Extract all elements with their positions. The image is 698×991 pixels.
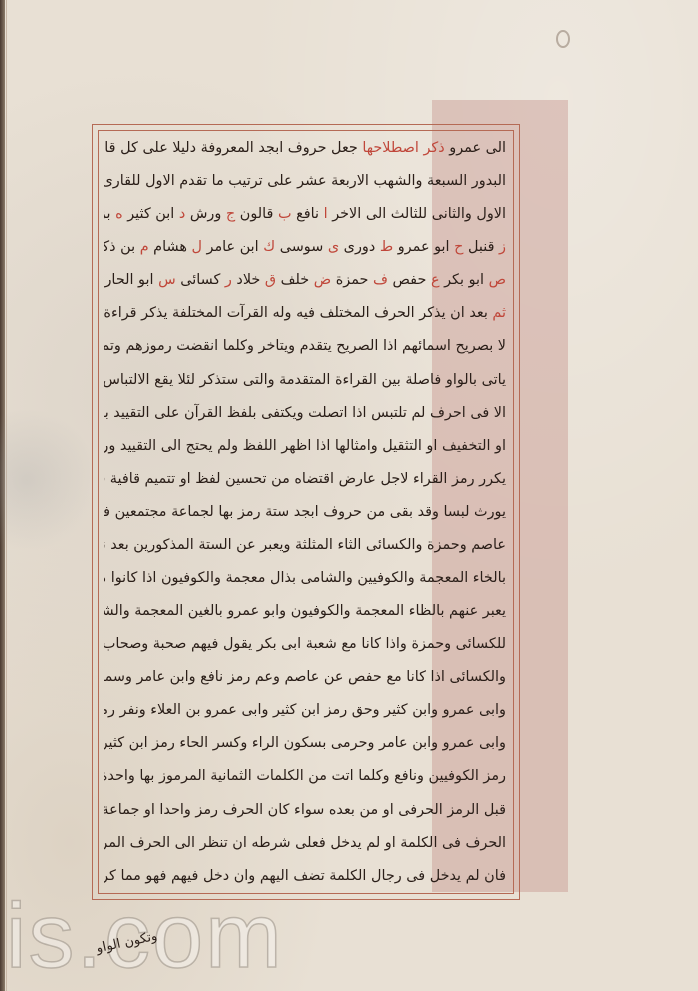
text-segment: بعد ان يذكر الحرف المختلف فيه وله القرآت…	[104, 305, 492, 321]
text-segment: هشام	[149, 239, 192, 255]
text-line: وابى عمرو وابن عامر وحرمى بسكون الراء وك…	[104, 729, 506, 757]
text-line: ز قنبل ح ابو عمرو ط دورى ى سوسى ك ابن عا…	[104, 233, 506, 261]
text-segment: يورث لبسا وقد بقى من حروف ابجد ستة رمز ب…	[104, 504, 506, 520]
text-line: يكرر رمز القراء لاجل عارض اقتضاه من تحسي…	[104, 465, 506, 493]
paper-stain	[556, 30, 570, 48]
text-line: رمز الكوفيين ونافع وكلما اتت من الكلمات …	[104, 762, 506, 790]
text-segment: خلاد	[232, 272, 265, 288]
text-line: عاصم وحمزة والكسائى الثاء المثلثة ويعبر …	[104, 531, 506, 559]
text-line: قبل الرمز الحرفى او من بعده سواء كان الح…	[104, 796, 506, 824]
text-segment: بن ذكوان	[104, 239, 140, 255]
text-segment: سوسى	[275, 239, 328, 255]
text-line: ص ابو بكر ع حفص ف حمزة ض خلف ق خلاد ر كس…	[104, 266, 506, 294]
rubricated-text: ذكر اصطلاحها	[362, 140, 444, 156]
text-line: يورث لبسا وقد بقى من حروف ابجد ستة رمز ب…	[104, 498, 506, 526]
rubricated-text: ص	[489, 272, 506, 288]
text-segment: ابن كثير	[123, 206, 179, 222]
text-segment: بالخاء المعجمة والكوفيين والشامى بذال مع…	[104, 570, 506, 586]
text-segment: نافع	[292, 206, 324, 222]
text-segment: دورى	[339, 239, 380, 255]
text-segment: ابو عمرو	[393, 239, 454, 255]
text-segment: خلف	[276, 272, 314, 288]
text-segment: الحرف فى الكلمة او لم يدخل فعلى شرطه ان …	[104, 835, 506, 851]
rubricated-text: ى	[328, 239, 339, 255]
text-segment: رمز الكوفيين ونافع وكلما اتت من الكلمات …	[104, 768, 506, 784]
text-segment: قنبل	[463, 239, 499, 255]
text-line: لا بصريح اسمائهم اذا الصريح يتقدم ويتاخر…	[104, 332, 506, 360]
text-segment: جعل حروف ابجد المعروفة دليلا على كل قارى…	[104, 140, 362, 156]
text-line: الا فى احرف لم تلتبس اذا اتصلت ويكتفى بل…	[104, 399, 506, 427]
rubricated-text: ض	[314, 272, 331, 288]
rubricated-text: ه	[115, 206, 123, 222]
text-line: بالخاء المعجمة والكوفيين والشامى بذال مع…	[104, 564, 506, 592]
text-segment: لا بصريح اسمائهم اذا الصريح يتقدم ويتاخر…	[104, 338, 506, 354]
text-segment: قالون	[235, 206, 278, 222]
text-segment: يكرر رمز القراء لاجل عارض اقتضاه من تحسي…	[104, 471, 506, 487]
rubricated-text: ع	[431, 272, 440, 288]
text-line: الى عمرو ذكر اصطلاحها جعل حروف ابجد المع…	[104, 134, 506, 162]
rubricated-text: ك	[263, 239, 275, 255]
rubricated-text: ثم	[492, 305, 506, 321]
text-segment: وابى عمرو وابن كثير وحق رمز ابن كثير واب…	[104, 702, 506, 718]
text-segment: بزى	[104, 206, 115, 222]
rubricated-text: ر	[225, 272, 232, 288]
text-segment: ابو بكر	[440, 272, 489, 288]
text-segment: البدور السبعة والشهب الاربعة عشر على ترت…	[104, 173, 506, 189]
text-segment: قبل الرمز الحرفى او من بعده سواء كان الح…	[104, 802, 506, 818]
text-segment: او التخفيف او التثقيل وامثالها اذا اظهر …	[104, 438, 506, 454]
text-line: الحرف فى الكلمة او لم يدخل فعلى شرطه ان …	[104, 829, 506, 857]
rubricated-text: ف	[373, 272, 388, 288]
rubricated-text: ل	[191, 239, 201, 255]
rubricated-text: ط	[380, 239, 393, 255]
rubricated-text: ز	[499, 239, 506, 255]
text-line: للكسائى وحمزة واذا كانا مع شعبة ابى بكر …	[104, 630, 506, 658]
text-segment: للكسائى وحمزة واذا كانا مع شعبة ابى بكر …	[104, 636, 506, 652]
watermark-minaret-logo	[0, 380, 90, 580]
manuscript-page: الى عمرو ذكر اصطلاحها جعل حروف ابجد المع…	[0, 0, 698, 991]
text-segment: الا فى احرف لم تلتبس اذا اتصلت ويكتفى بل…	[104, 405, 506, 421]
text-segment: وابى عمرو وابن عامر وحرمى بسكون الراء وك…	[104, 735, 506, 751]
text-segment: عاصم وحمزة والكسائى الثاء المثلثة ويعبر …	[104, 537, 506, 553]
text-segment: حفص	[388, 272, 431, 288]
text-line: الاول والثانى للثالث الى الاخر ا نافع ب …	[104, 200, 506, 228]
text-line: وابى عمرو وابن كثير وحق رمز ابن كثير واب…	[104, 696, 506, 724]
text-segment: ابو الحارث	[104, 272, 158, 288]
rubricated-text: ج	[226, 206, 235, 222]
text-line: يعبر عنهم بالظاء المعجمة والكوفيون وابو …	[104, 597, 506, 625]
text-segment: كسائى	[176, 272, 225, 288]
manuscript-text-block: الى عمرو ذكر اصطلاحها جعل حروف ابجد المع…	[104, 132, 506, 892]
rubricated-text: ب	[278, 206, 292, 222]
text-segment: الاول والثانى للثالث الى الاخر	[328, 206, 506, 222]
text-line: ثم بعد ان يذكر الحرف المختلف فيه وله الق…	[104, 299, 506, 327]
rubricated-text: س	[158, 272, 176, 288]
text-line: ياتى بالواو فاصلة بين القراءة المتقدمة و…	[104, 366, 506, 394]
text-segment: يعبر عنهم بالظاء المعجمة والكوفيون وابو …	[104, 603, 506, 619]
text-line: البدور السبعة والشهب الاربعة عشر على ترت…	[104, 167, 506, 195]
rubricated-text: ق	[265, 272, 276, 288]
text-segment: فان لم يدخل فى رجال الكلمة تضف اليهم وان…	[104, 868, 506, 884]
text-segment: حمزة	[331, 272, 373, 288]
text-segment: ورش	[185, 206, 226, 222]
rubricated-text: م	[140, 239, 149, 255]
text-line: او التخفيف او التثقيل وامثالها اذا اظهر …	[104, 432, 506, 460]
text-segment: ياتى بالواو فاصلة بين القراءة المتقدمة و…	[104, 372, 506, 388]
text-segment: الى عمرو	[445, 140, 506, 156]
text-segment: والكسائى اذا كانا مع حفص عن عاصم وعم رمز…	[104, 669, 506, 685]
text-line: والكسائى اذا كانا مع حفص عن عاصم وعم رمز…	[104, 663, 506, 691]
text-segment: ابن عامر	[202, 239, 263, 255]
